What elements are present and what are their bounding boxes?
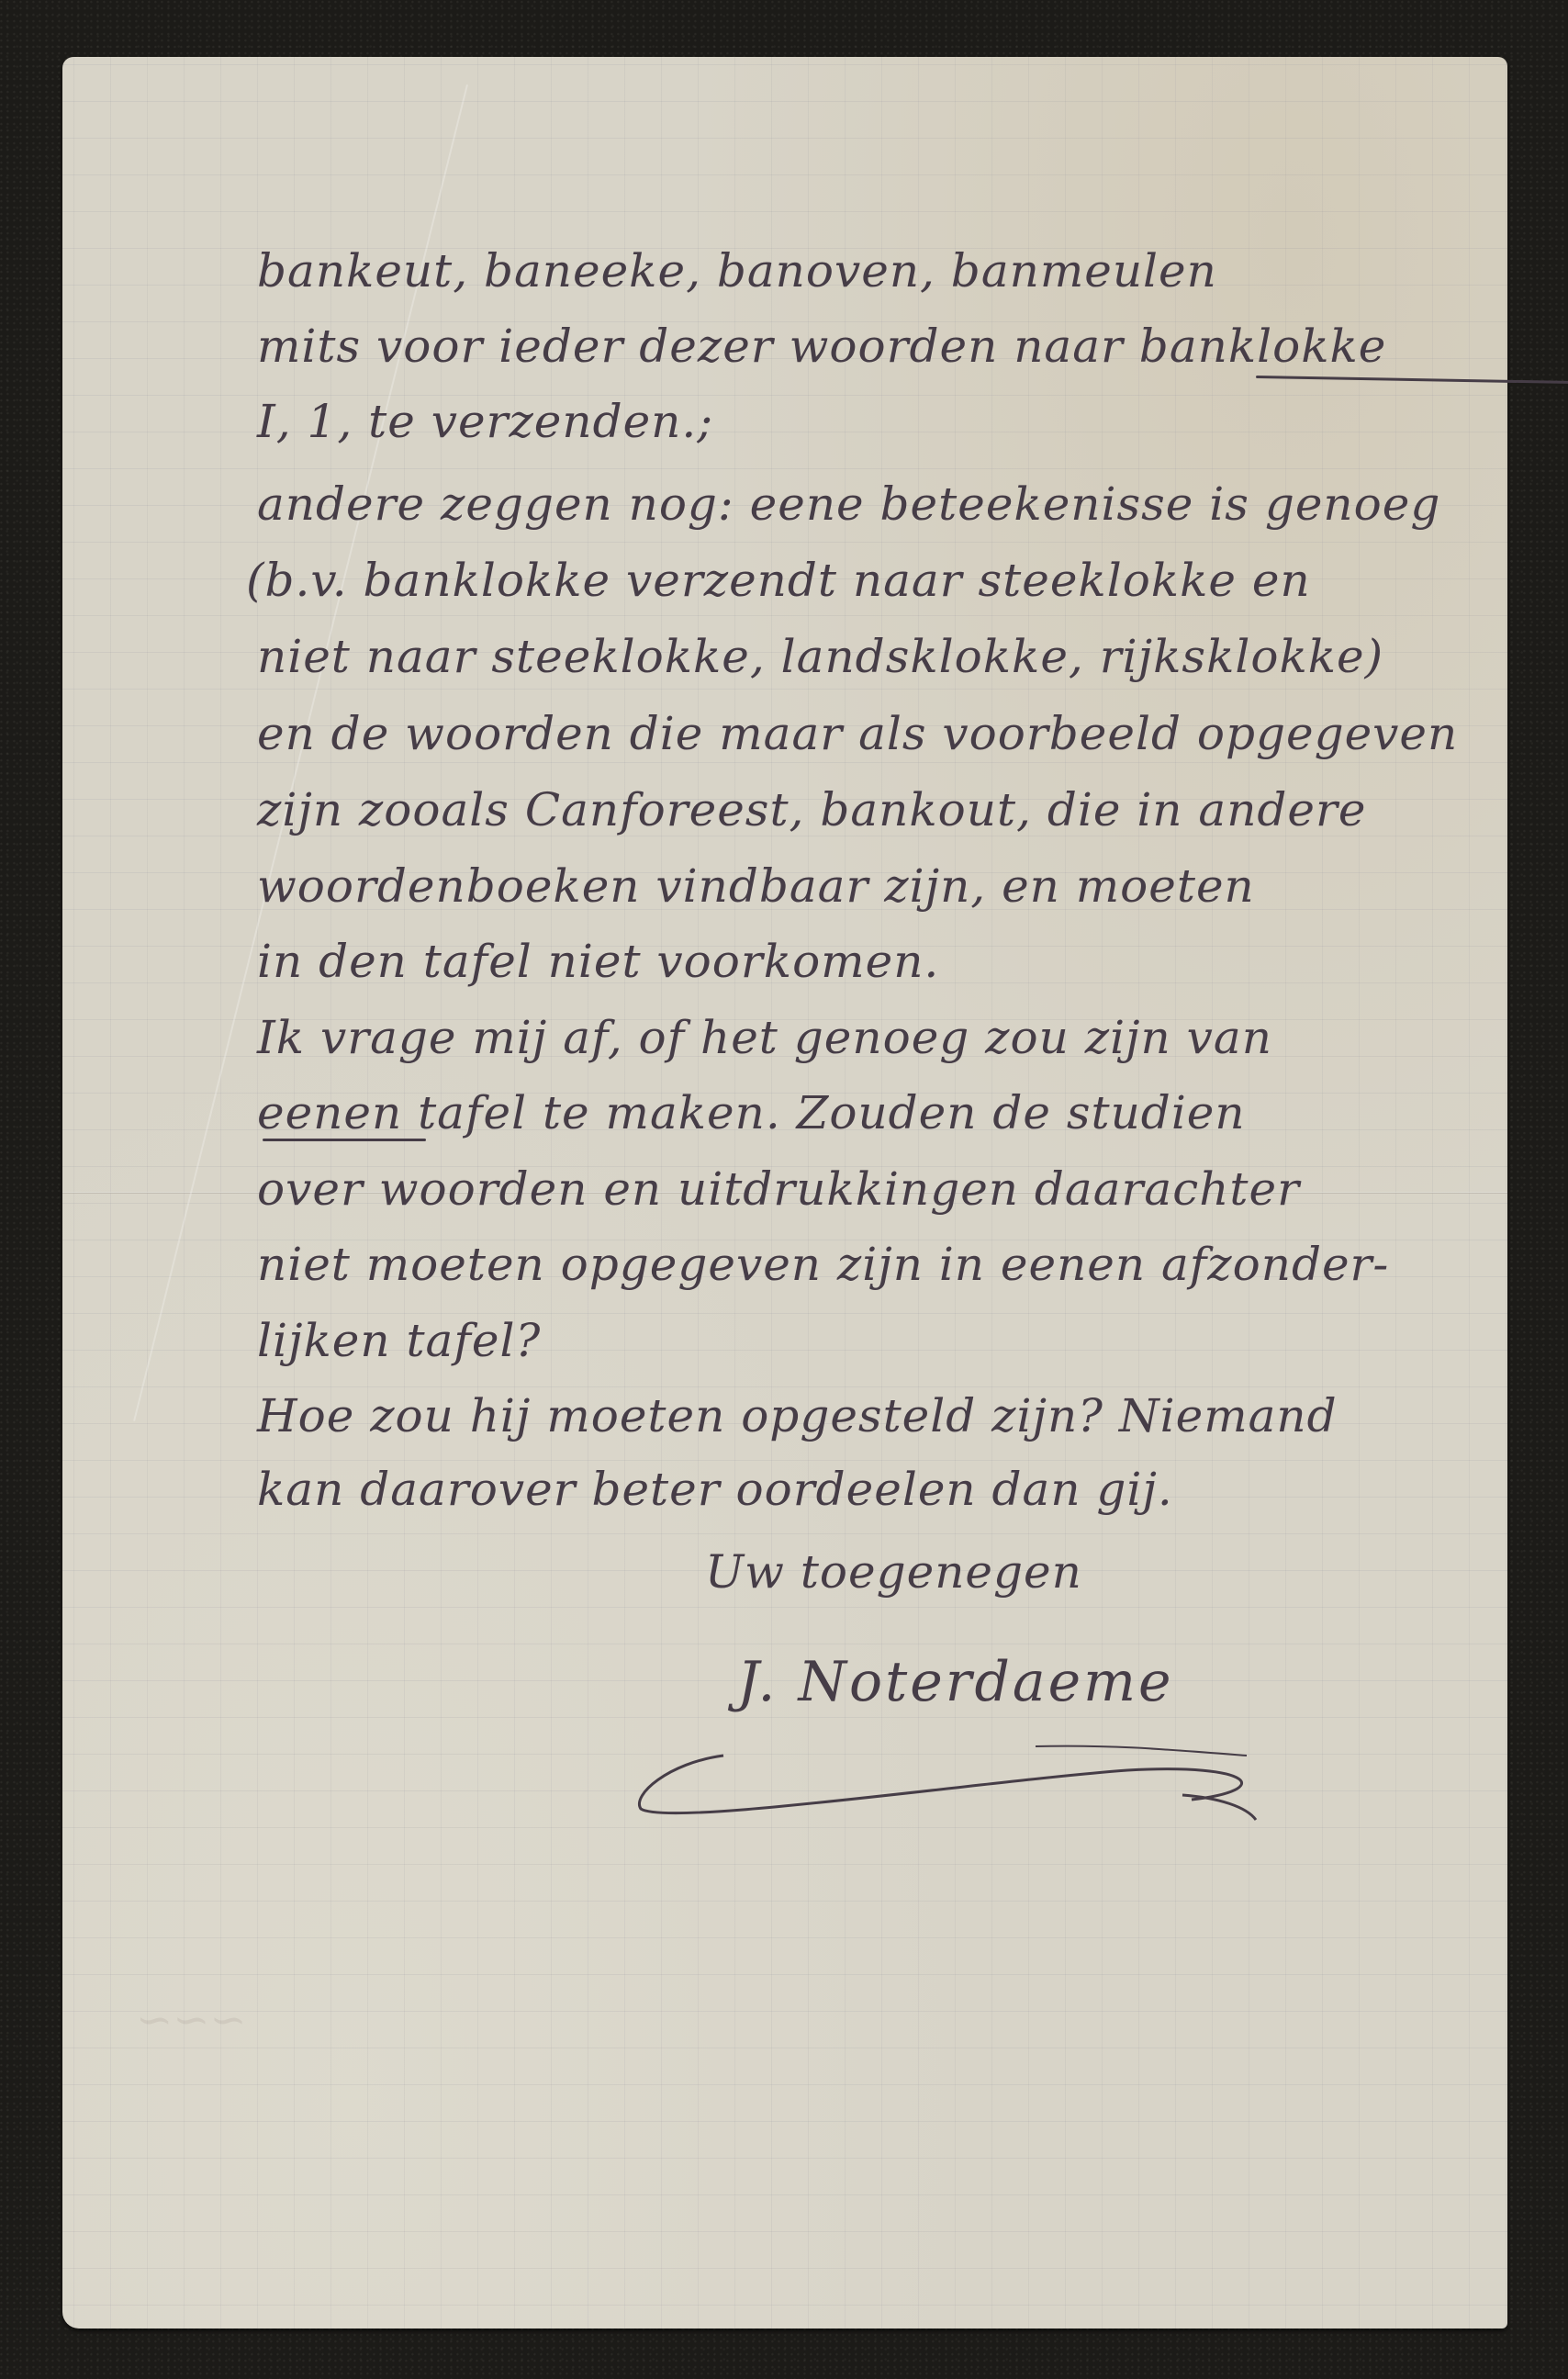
letter-line-1: bankeut, baneeke, banoven, banmeulen	[257, 248, 1217, 294]
letter-line-16: Hoe zou hij moeten opgesteld zijn? Niema…	[257, 1393, 1338, 1439]
underline-banklokke	[1256, 376, 1568, 384]
letter-line-9: woordenboeken vindbaar zijn, en moeten	[257, 863, 1255, 909]
letter-line-11: Ik vrage mij af, of het genoeg zou zijn …	[257, 1015, 1272, 1060]
signature-flourish-icon	[613, 1745, 1293, 1823]
letter-line-2-text: mits voor ieder dezer woorden naar bankl…	[257, 320, 1386, 373]
underline-eenen	[263, 1139, 426, 1141]
letter-line-6: niet naar steeklokke, landsklokke, rijks…	[257, 634, 1383, 679]
letter-line-3: I, 1, te verzenden.;	[257, 398, 713, 444]
letter-line-10: in den tafel niet voorkomen.	[257, 938, 939, 984]
letter-line-4: andere zeggen nog: eene beteekenisse is …	[257, 481, 1440, 527]
ink-show-through: ~~~	[136, 1994, 247, 2046]
letter-line-13: over woorden en uitdrukkingen daarachter	[257, 1166, 1300, 1212]
closing-salutation: Uw toegenegen	[705, 1549, 1082, 1595]
letter-page: bankeut, baneeke, banoven, banmeulen mit…	[62, 57, 1507, 2329]
letter-line-12: eenen tafel te maken. Zouden de studien	[257, 1090, 1246, 1136]
letter-line-17: kan daarover beter oordeelen dan gij.	[257, 1466, 1173, 1512]
letter-line-5: (b.v. banklokke verzendt naar steeklokke…	[246, 557, 1311, 603]
letter-line-2: mits voor ieder dezer woorden naar bankl…	[257, 323, 1386, 369]
letter-line-7: en de woorden die maar als voorbeeld opg…	[257, 711, 1458, 757]
signature: J. Noterdaeme	[737, 1655, 1174, 1710]
letter-line-8: zijn zooals Canforeest, bankout, die in …	[257, 787, 1367, 833]
letter-line-15: lijken tafel?	[257, 1318, 541, 1363]
letter-line-14: niet moeten opgegeven zijn in eenen afzo…	[257, 1241, 1389, 1287]
